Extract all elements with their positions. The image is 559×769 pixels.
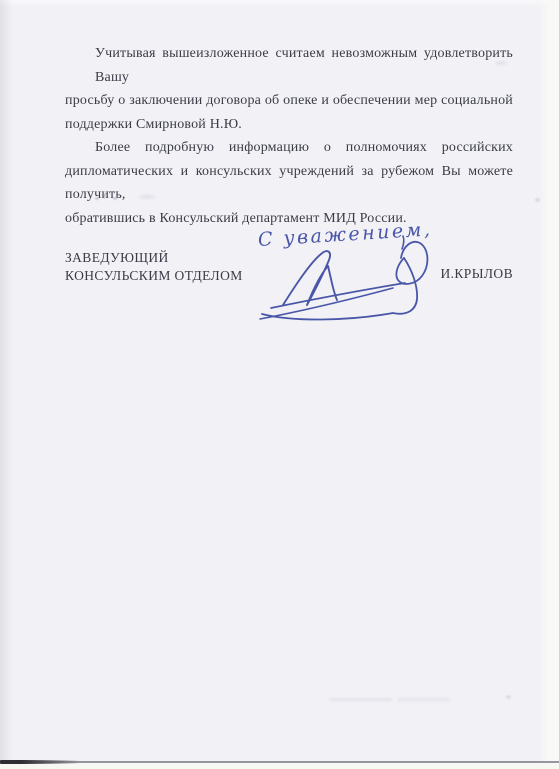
letter-body: Учитывая вышеизложенное считаем невозмож… [65,42,513,230]
paragraph1-line3: поддержки Смирновой Н.Ю. [65,113,513,137]
paragraph1-line1: Учитывая вышеизложенное считаем невозмож… [65,42,513,89]
paragraph1-line2: просьбу о заключении договора об опеке и… [65,89,513,113]
scan-speck [95,197,99,200]
official-title-block: ЗАВЕДУЮЩИЙ КОНСУЛЬСКИМ ОТДЕЛОМ [65,249,243,284]
scan-smudge [330,698,392,701]
official-title-line1: ЗАВЕДУЮЩИЙ [65,249,243,267]
handwritten-signature [252,225,437,325]
scan-speck [139,195,155,199]
page-bottom-edge-dark-segment [0,760,80,764]
scan-speck [495,61,507,65]
paper-top-highlight [0,0,559,7]
scan-speck [113,197,117,200]
official-title-line2: КОНСУЛЬСКИМ ОТДЕЛОМ [65,267,243,285]
paper-left-shadow [0,0,12,769]
scan-smudge [398,698,450,701]
signer-name: И.КРЫЛОВ [440,266,513,282]
scanner-below-page [0,763,559,769]
page-bottom-edge-line [0,761,559,763]
scan-speck [535,198,540,202]
paragraph2-line1: Более подробную информацию о полномочиях… [65,136,513,160]
scan-speck [506,695,511,699]
scanner-right-strip [538,0,559,769]
paragraph2-line2: дипломатических и консульских учреждений… [65,160,513,207]
scanned-letter-page: Учитывая вышеизложенное считаем невозмож… [0,0,559,769]
